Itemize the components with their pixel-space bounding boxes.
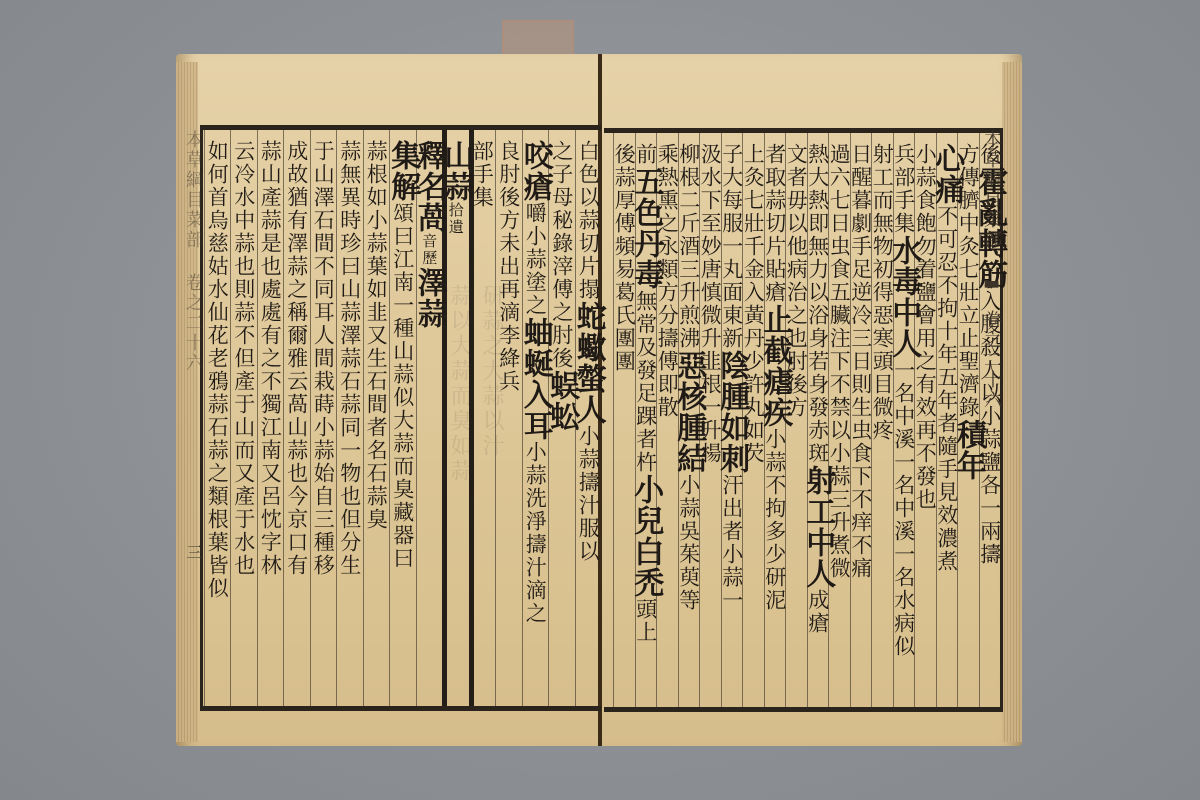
right-text-column: 方傳臍中灸七壯立止聖濟錄積年	[957, 133, 979, 717]
entry-heading: 咬瘡	[520, 140, 550, 202]
body-text: 蒜無異時珍曰山蒜澤蒜石蒜同一物也但分生	[339, 140, 360, 577]
body-text: 一名中溪一名中溪一名水病似	[893, 359, 914, 658]
body-text: 小蒜洗淨擣汁滴之	[524, 441, 545, 625]
running-head-title: 本草綱目菜部	[183, 130, 204, 250]
column-rule	[613, 133, 614, 707]
body-text: 無常及發足踝者杵	[635, 290, 656, 474]
left-text-column: 集解頌曰江南一種山蒜似大蒜而臭藏器曰	[389, 130, 416, 716]
left-text-column: 蒜無異時珍曰山蒜澤蒜石蒜同一物也但分生	[336, 130, 363, 716]
column-rule	[469, 130, 474, 706]
right-page-edge	[1002, 62, 1022, 742]
running-head-left: 本草綱目菜部 卷之二十六	[180, 130, 206, 373]
body-text: 上灸七壯	[742, 143, 763, 235]
body-text: 後	[613, 143, 634, 166]
body-text: 云冷水中蒜也則蒜不但產于山而又產于水也	[233, 140, 254, 577]
right-text-column: 射工而無物初得惡寒頭目微疼	[871, 133, 893, 717]
column-rule	[389, 130, 390, 706]
body-text: 成故猶有澤蒜之稱爾雅云萵山蒜也今京口有	[286, 140, 307, 577]
annotation: 音歷	[421, 233, 436, 267]
fish-tail-mark: ▬	[981, 273, 1002, 287]
left-text-column: 于山澤石間不同耳人間栽蒔小蒜始自三種移	[310, 130, 337, 716]
right-text-column: 小蒜食飽勿着鹽會用之有效再不發也	[914, 133, 936, 717]
body-text: 煮	[936, 550, 957, 573]
right-text-column: 後蒜厚傅頻易葛氏團團	[613, 133, 635, 717]
running-head-right: 本草綱目菜部 ▬ 卷之二十六	[978, 130, 1004, 410]
right-text-column: 柳根二斤酒三升煎沸惡核腫結小蒜吳茱萸等	[678, 133, 700, 717]
body-text: 者取蒜切片貼瘡	[764, 143, 785, 304]
body-text: 日醒暮劇手足逆冷三日則生虫食下不痒不痛	[850, 143, 871, 580]
left-text-column: 咬瘡嚼小蒜塗之蚰蜒入耳小蒜洗淨擣汁滴之	[522, 130, 549, 716]
entry-heading: 集解	[387, 140, 417, 202]
body-text: 蒜根如小蒜葉如韭又生石間者名石蒜臭	[365, 140, 386, 531]
left-text-column: 蒜山產蒜是也處處有之不獨江南又呂忱字林	[257, 130, 284, 716]
body-text: 前	[635, 143, 656, 166]
column-rule	[310, 130, 311, 706]
open-book: 蒜以大蒜而臭如蒜 研蒜之大蒜以汁 白色以蒜切片搨蛇蠍螫人小蒜擣汁服以之子母秘錄滓…	[176, 54, 1022, 746]
body-text: 李絳兵	[498, 324, 519, 393]
body-text: 聖濟錄	[957, 350, 978, 419]
column-rule	[230, 130, 231, 706]
right-text-column: 子大每服一丸面東新陰腫如刺汗出者小蒜一	[721, 133, 743, 717]
body-text: 小蒜不拘多少研泥	[764, 428, 785, 612]
right-text-column: 者取蒜切片貼瘡止截瘧疾小蒜不拘多少研泥	[764, 133, 786, 717]
body-text: 滓傅之	[551, 255, 572, 324]
column-rule	[336, 130, 337, 706]
left-text-column: 如何首烏慈姑水仙花老鴉蒜石蒜之類根葉皆似	[204, 130, 231, 716]
running-head-title: 本草綱目菜部	[981, 130, 1002, 250]
right-text-column: 心痛不可忍不拘十年五年者隨手見效濃煮	[936, 133, 958, 717]
body-text: 汗出者小蒜一	[721, 474, 742, 612]
body-text: 于山澤石間不同耳人間栽蒔小蒜始自三種移	[312, 140, 333, 577]
body-text: 射工而無物初得惡寒頭目微疼	[871, 143, 892, 442]
left-text-column: 蒜根如小蒜葉如韭又生石間者名石蒜臭	[363, 130, 390, 716]
body-text: 良	[498, 140, 519, 163]
body-text: 柳根二斤酒三升煎沸	[678, 143, 699, 350]
body-text: 如何首烏慈姑水仙花老鴉蒜石蒜之類根葉皆似	[206, 140, 227, 600]
left-text-column: 云冷水中蒜也則蒜不但產于山而又產于水也	[230, 130, 257, 716]
right-text-column: 前五色丹毒無常及發足踝者杵小兒白禿頭上	[635, 133, 657, 717]
body-text: 之	[551, 140, 572, 163]
body-text: 不可忍不拘十年五年者隨手見效濃	[936, 205, 957, 550]
body-text: 兵部手集	[893, 143, 914, 235]
right-text-column: 過六七日虫食五臟注下不禁以小蒜三升煮微	[828, 133, 850, 717]
entry-heading: 澤蒜	[414, 267, 444, 329]
body-text: 成瘡	[807, 589, 828, 635]
body-text: 蒜厚傅頻易	[613, 166, 634, 281]
body-text: 小蒜吳茱萸等	[678, 474, 699, 612]
volume-label: 卷之二十六	[183, 273, 204, 373]
body-text: 未出再滴	[498, 232, 519, 324]
right-text-column: 兵部手集水毒中人一名中溪一名中溪一名水病似	[893, 133, 915, 717]
right-text-frame: 後霍亂轉筋入腹殺人以小蒜鹽各一兩擣方傳臍中灸七壯立止聖濟錄積年心痛不可忍不拘十年…	[604, 128, 1003, 712]
page-number-left: 三	[182, 544, 205, 562]
page-number-right: 三	[980, 544, 1003, 562]
left-text-frame: 白色以蒜切片搨蛇蠍螫人小蒜擣汁服以之子母秘錄滓傅之肘後蜈蚣咬瘡嚼小蒜塗之蚰蜒入耳…	[200, 125, 601, 711]
body-text: 嚼小蒜塗之	[524, 202, 545, 317]
body-text: 小蒜擣汁服以	[577, 425, 598, 563]
body-text: 蒜山產蒜是也處處有之不獨江南又呂忱字林	[259, 140, 280, 577]
body-text: 子母秘錄	[551, 163, 572, 255]
annotation: 拾遺	[448, 202, 463, 236]
body-text: 分擣傅即散	[656, 304, 677, 419]
body-text: 熱大熱即無力以浴身若身發赤斑	[807, 143, 828, 465]
body-text: 汲水下至妙	[699, 143, 720, 258]
volume-label: 卷之二十六	[981, 310, 1002, 410]
right-text-column: 日醒暮劇手足逆冷三日則生虫食下不痒不痛	[850, 133, 872, 717]
left-text-column: 釋名萵音歷澤蒜	[416, 130, 443, 716]
right-text-column: 熱大熱即無力以浴身若身發赤斑射工中人成瘡	[807, 133, 829, 717]
body-text: 白色以蒜切片搨	[577, 140, 598, 301]
body-text: 頌曰江南一種山蒜似大蒜而臭藏器曰	[392, 202, 413, 570]
body-text: 子大每服一丸面東新	[721, 143, 742, 350]
body-text: 唐慎微	[699, 258, 720, 327]
body-text: 千金	[742, 235, 763, 281]
column-rule	[283, 130, 284, 706]
entry-heading: 蚰蜒入耳	[520, 317, 550, 441]
column-rule	[257, 130, 258, 706]
entry-heading: 萵	[414, 202, 444, 233]
body-text: 部手集	[471, 140, 492, 209]
left-text-column: 成故猶有澤蒜之稱爾雅云萵山蒜也今京口有	[283, 130, 310, 716]
left-text-column: 良肘後方未出再滴李絳兵	[495, 130, 522, 716]
column-rule	[495, 130, 496, 706]
body-text: 肘後	[551, 324, 572, 370]
body-text: 頭上	[635, 598, 656, 644]
column-rule	[363, 130, 364, 706]
body-text: 團團	[613, 327, 634, 373]
column-rule	[416, 130, 417, 706]
body-text: 葛氏	[613, 281, 634, 327]
column-rule	[522, 130, 523, 706]
body-text: 肘後方	[498, 163, 519, 232]
